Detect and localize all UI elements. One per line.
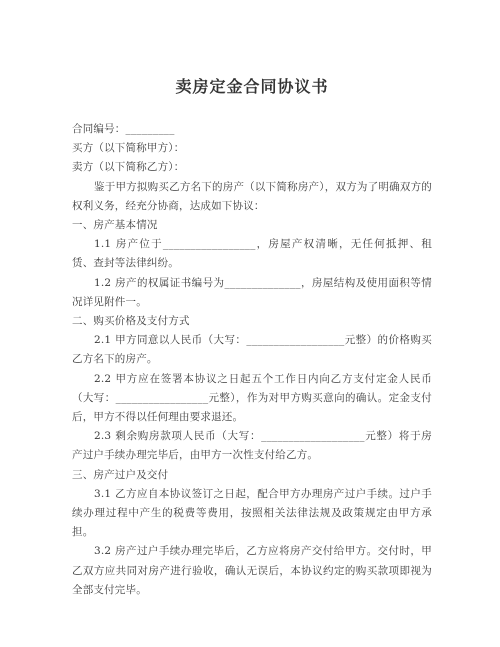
section-1-heading: 一、房产基本情况	[72, 216, 432, 235]
contract-number-line: 合同编号：_________	[72, 120, 432, 139]
document-page: 卖房定金合同协议书 合同编号：_________ 买方（以下简称甲方）： 卖方（…	[0, 0, 500, 647]
clause-2-2: 2.2 甲方应在签署本协议之日起五个工作日内向乙方支付定金人民币（大写：____…	[72, 370, 432, 428]
clause-3-1: 3.1 乙方应自本协议签订之日起，配合甲方办理房产过户手续。过户手续办理过程中产…	[72, 485, 432, 543]
section-3-heading: 三、房产过户及交付	[72, 466, 432, 485]
document-title: 卖房定金合同协议书	[72, 76, 432, 98]
clause-1-1: 1.1 房产位于_________________，房屋产权清晰，无任何抵押、租…	[72, 235, 432, 273]
section-2-heading: 二、购买价格及支付方式	[72, 312, 432, 331]
clause-2-3: 2.3 剩余购房款项人民币（大写：___________________元整）将…	[72, 427, 432, 465]
clause-3-2: 3.2 房产过户手续办理完毕后，乙方应将房产交付给甲方。交付时，甲乙双方应共同对…	[72, 542, 432, 600]
clause-2-1: 2.1 甲方同意以人民币（大写：__________________元整）的价格…	[72, 331, 432, 369]
buyer-line: 买方（以下简称甲方）：	[72, 139, 432, 158]
preamble-paragraph: 鉴于甲方拟购买乙方名下的房产（以下简称房产），双方为了明确双方的权利义务，经充分…	[72, 178, 432, 216]
clause-1-2: 1.2 房产的权属证书编号为______________，房屋结构及使用面积等情…	[72, 274, 432, 312]
seller-line: 卖方（以下简称乙方）：	[72, 158, 432, 177]
